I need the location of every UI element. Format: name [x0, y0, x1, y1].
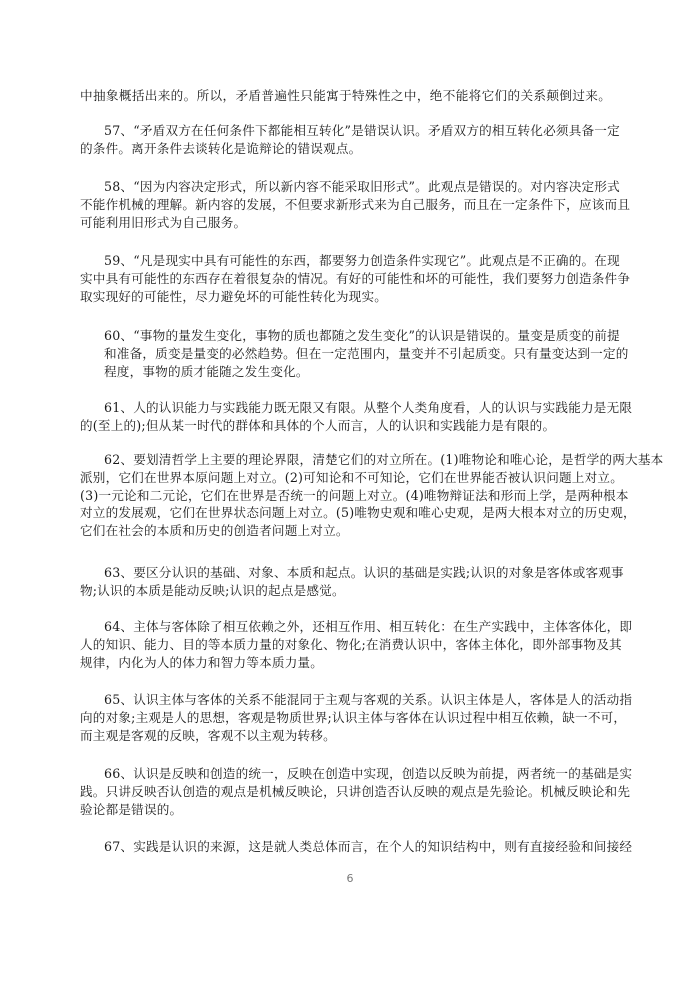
paragraph-line: 64、主体与客体除了相互依赖之外，还相互作用、相互转化：在生产实践中，主体客体化… — [104, 618, 611, 636]
paragraph-line: 58、“因为内容决定形式，所以新内容不能采取旧形式”。此观点是错误的。对内容决定… — [104, 178, 611, 196]
paragraph-line: 66、认识是反映和创造的统一，反映在创造中实现，创造以反映为前提，两者统一的基础… — [104, 765, 611, 783]
paragraph-line: 向的对象;主观是人的思想，客观是物质世界;认识主体与客体在认识过程中相互依赖，缺… — [80, 709, 611, 727]
paragraph-line: 它们在社会的本质和历史的创造者问题上对立。 — [80, 522, 611, 540]
paragraph-line: (3)一元论和二元论，它们在世界是否统一的问题上对立。(4)唯物辩证法和形而上学… — [80, 487, 611, 505]
paragraph-line: 67、实践是认识的来源，这是就人类总体而言，在个人的知识结构中，则有直接经验和间… — [104, 838, 611, 856]
paragraph-line: 不能作机械的理解。新内容的发展，不但要求新形式来为自己服务，而且在一定条件下，应… — [80, 196, 611, 214]
paragraph-line: 中抽象概括出来的。所以，矛盾普遍性只能寓于特殊性之中，绝不能将它们的关系颠倒过来… — [80, 87, 611, 105]
paragraph-line: 物;认识的本质是能动反映;认识的起点是感觉。 — [80, 582, 611, 600]
paragraph-line: 对立的发展观，它们在世界状态问题上对立。(5)唯物史观和唯心史观，是两大根本对立… — [80, 504, 611, 522]
paragraph-line: 59、“凡是现实中具有可能性的东西，都要努力创造条件实现它”。此观点是不正确的。… — [104, 252, 611, 270]
paragraph-line: 取实现好的可能性，尽力避免坏的可能性转化为现实。 — [80, 288, 611, 306]
paragraph-line: 和准备，质变是量变的必然趋势。但在一定范围内，量变并不引起质变。只有量变达到一定… — [104, 345, 611, 363]
paragraph-line: 61、人的认识能力与实践能力既无限又有限。从整个人类角度看，人的认识与实践能力是… — [104, 399, 611, 417]
paragraph-line: 的(至上的);但从某一时代的群体和具体的个人而言，人的认识和实践能力是有限的。 — [80, 417, 611, 435]
paragraph-line: 验论都是错误的。 — [80, 801, 611, 819]
document-page: 中抽象概括出来的。所以，矛盾普遍性只能寓于特殊性之中，绝不能将它们的关系颠倒过来… — [0, 0, 700, 989]
paragraph-line: 规律，内化为人的体力和智力等本质力量。 — [80, 654, 611, 672]
paragraph-line: 62、要划清哲学上主要的理论界限，清楚它们的对立所在。(1)唯物论和唯心论，是哲… — [104, 451, 611, 469]
paragraph-line: 57、“矛盾双方在任何条件下都能相互转化”是错误认识。矛盾双方的相互转化必须具备… — [104, 122, 611, 140]
page-number: 6 — [340, 872, 360, 885]
paragraph-line: 63、要区分认识的基础、对象、本质和起点。认识的基础是实践;认识的对象是客体或客… — [104, 564, 611, 582]
paragraph-line: 实中具有可能性的东西存在着很复杂的情况。有好的可能性和坏的可能性，我们要努力创造… — [80, 270, 611, 288]
paragraph-line: 人的知识、能力、目的等本质力量的对象化、物化;在消费认识中，客体主体化，即外部事… — [80, 636, 611, 654]
paragraph-line: 60、“事物的量发生变化，事物的质也都随之发生变化”的认识是错误的。量变是质变的… — [104, 327, 611, 345]
paragraph-line: 程度，事物的质才能随之发生变化。 — [104, 363, 611, 381]
paragraph-line: 可能利用旧形式为自己服务。 — [80, 214, 611, 232]
paragraph-line: 派别，它们在世界本原问题上对立。(2)可知论和不可知论，它们在世界能否被认识问题… — [80, 469, 611, 487]
paragraph-line: 的条件。离开条件去谈转化是诡辩论的错误观点。 — [80, 140, 611, 158]
paragraph-line: 践。只讲反映否认创造的观点是机械反映论，只讲创造否认反映的观点是先验论。机械反映… — [80, 783, 611, 801]
paragraph-line: 65、认识主体与客体的关系不能混同于主观与客观的关系。认识主体是人，客体是人的活… — [104, 691, 611, 709]
paragraph-line: 而主观是客观的反映，客观不以主观为转移。 — [80, 727, 611, 745]
